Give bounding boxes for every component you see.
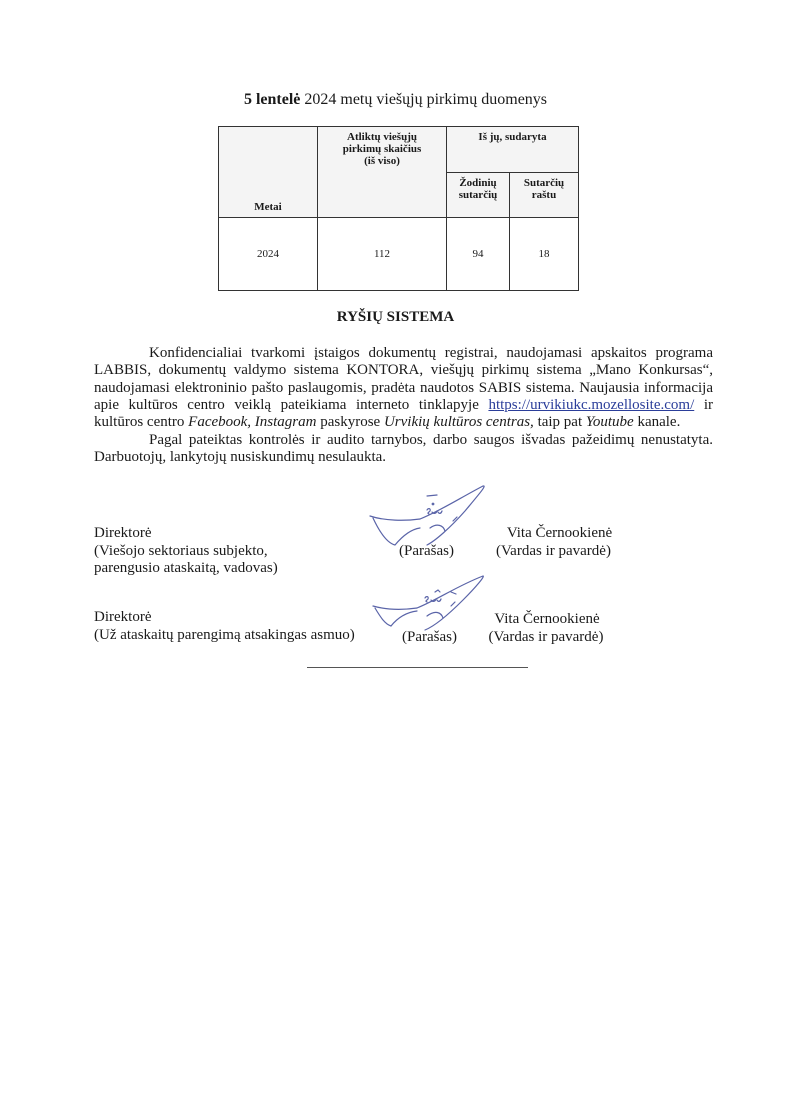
header-verbal: Žodinių sutarčių: [447, 172, 510, 218]
signature-2-icon: [365, 574, 495, 634]
procurement-table: Metai Atliktų viešųjų pirkimų skaičius (…: [218, 126, 579, 291]
table-number: 5 lentelė: [244, 91, 300, 108]
bottom-divider: [307, 667, 528, 668]
section-title: RYŠIŲ SISTEMA: [0, 309, 791, 326]
table-title: 2024 metų viešųjų pirkimų duomenys: [304, 91, 547, 108]
cell-verbal: 94: [447, 218, 510, 291]
header-of-which: Iš jų, sudaryta: [447, 127, 579, 173]
signatory-2-role: Direktorė (Už ataskaitų parengimą atsaki…: [94, 609, 355, 644]
signatory-1-name: Vita Černookienė (Vardas ir pavardė): [497, 525, 622, 560]
table-caption: 5 lentelė 2024 metų viešųjų pirkimų duom…: [0, 91, 791, 109]
position: Direktorė: [94, 609, 355, 627]
signature-1-icon: [365, 483, 495, 558]
cell-total: 112: [318, 218, 447, 291]
website-link[interactable]: https://urvikiukc.mozellosite.com/: [488, 397, 694, 413]
position: Direktorė: [94, 525, 278, 543]
cell-year: 2024: [219, 218, 318, 291]
cell-written: 18: [510, 218, 579, 291]
signatory-1-role: Direktorė (Viešojo sektoriaus subjekto, …: [94, 525, 278, 578]
header-year: Metai: [219, 127, 318, 218]
paragraph-systems: Konfidencialiai tvarkomi įstaigos dokume…: [94, 345, 713, 431]
header-total: Atliktų viešųjų pirkimų skaičius (iš vis…: [318, 127, 447, 218]
header-written: Sutarčių raštu: [510, 172, 579, 218]
paragraph-audit: Pagal pateiktas kontrolės ir audito tarn…: [94, 432, 713, 467]
table-row: 2024 112 94 18: [219, 218, 579, 291]
signatory-2-name: Vita Černookienė (Vardas ir pavardė): [482, 611, 612, 646]
